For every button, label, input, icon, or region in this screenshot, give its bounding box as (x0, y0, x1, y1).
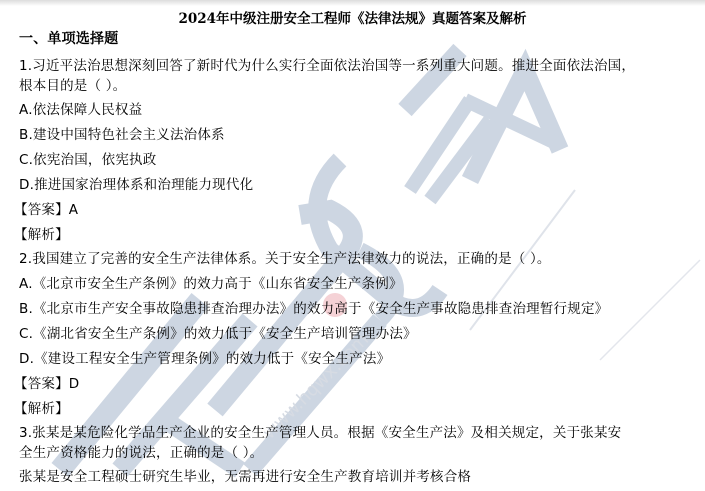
question-3-stem-line2: 全生产资格能力的说法，正确的是（ ）。 (19, 444, 263, 462)
question-2-answer: 【答案】D (14, 375, 79, 393)
document-page: 2024年中级注册安全工程师《法律法规》真题答案及解析 一、单项选择题 1.习近… (0, 0, 705, 491)
section-heading: 一、单项选择题 (19, 30, 118, 48)
question-1-option-b: B.建设中国特色社会主义法治体系 (19, 126, 225, 144)
question-2-stem: 2.我国建立了完善的安全生产法律体系。关于安全生产法律效力的说法，正确的是（ ）… (19, 250, 551, 268)
question-2-option-d: D.《建设工程安全生产管理条例》的效力低于《安全生产法》 (19, 350, 390, 368)
question-2-option-c: C.《湖北省安全生产条例》的效力低于《安全生产培训管理办法》 (19, 325, 417, 343)
question-1-analysis: 【解析】 (14, 226, 69, 244)
question-1-stem-line1: 1.习近平法治思想深刻回答了新时代为什么实行全面依法治国等一系列重大问题。推进全… (19, 57, 635, 75)
question-1-stem-line2: 根本目的是（ ）。 (19, 77, 126, 95)
question-1-option-c: C.依宪治国，依宪执政 (19, 151, 156, 169)
question-2-analysis: 【解析】 (14, 400, 69, 418)
question-3-option-a: 张某是安全工程硕士研究生毕业，无需再进行安全生产教育培训并考核合格 (19, 468, 471, 486)
question-1-option-a: A.依法保障人民权益 (19, 101, 142, 119)
document-title: 2024年中级注册安全工程师《法律法规》真题答案及解析 (0, 7, 705, 27)
question-1-option-d: D.推进国家治理体系和治理能力现代化 (19, 176, 253, 194)
question-2-option-b: B.《北京市生产安全事故隐患排查治理办法》的效力高于《安全生产事故隐患排查治理暂… (19, 300, 608, 318)
question-3-stem-line1: 3.张某是某危险化学品生产企业的安全生产管理人员。根据《安全生产法》及相关规定，… (19, 424, 621, 442)
question-2-option-a: A.《北京市安全生产条例》的效力高于《山东省安全生产条例》 (19, 275, 403, 293)
question-1-answer: 【答案】A (14, 201, 78, 219)
